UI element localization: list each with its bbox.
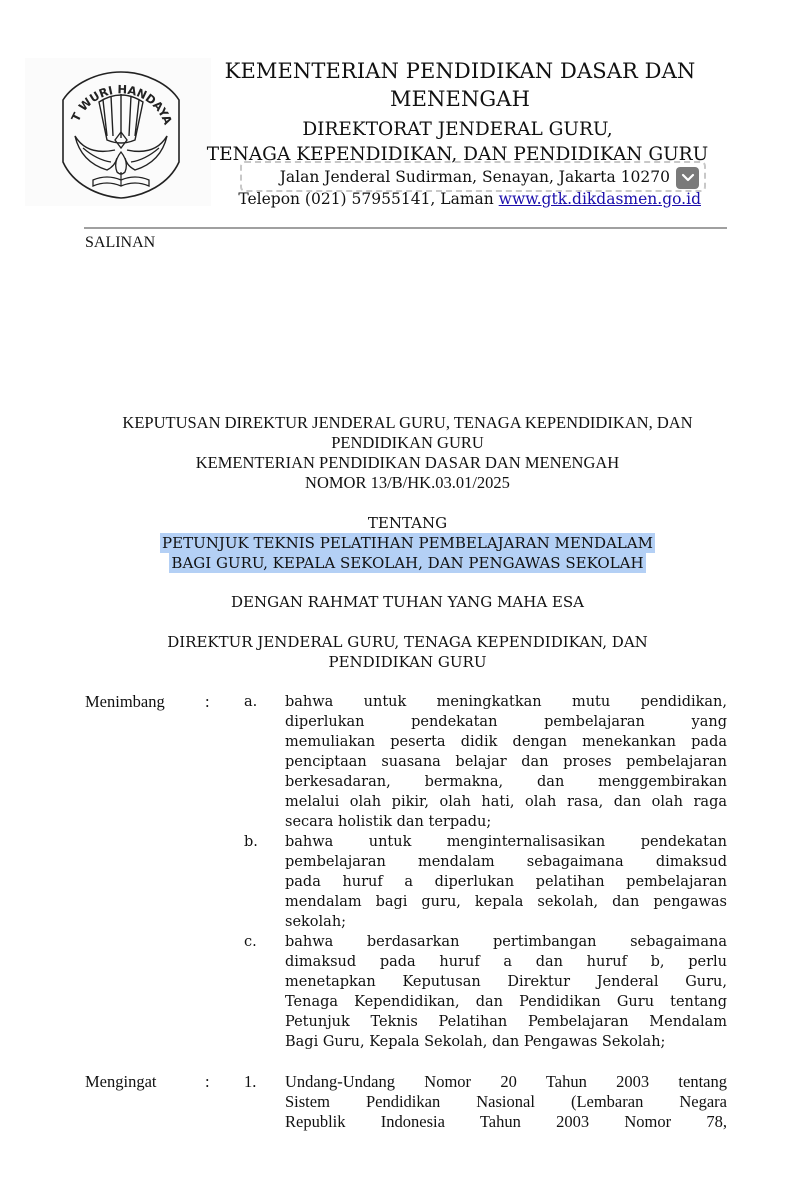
- subject-line-2-selected[interactable]: BAGI GURU, KEPALA SEKOLAH, DAN PENGAWAS …: [169, 553, 645, 573]
- text-line: bahwa untuk meningkatkan mutu pendidikan…: [285, 692, 727, 712]
- legal-basis-1: Undang-Undang Nomor 20 Tahun 2003 tentan…: [285, 1072, 727, 1132]
- item-a-marker: a.: [244, 692, 257, 712]
- chevron-down-icon: [681, 173, 695, 183]
- decree-title-line-1: KEPUTUSAN DIREKTUR JENDERAL GURU, TENAGA…: [80, 413, 735, 433]
- mengingat-label: Mengingat: [85, 1072, 157, 1092]
- text-line: penciptaan suasana belajar dan proses pe…: [285, 752, 727, 772]
- text-line: Bagi Guru, Kepala Sekolah, dan Pengawas …: [285, 1032, 727, 1052]
- address-text: Jalan Jenderal Sudirman, Senayan, Jakart…: [200, 166, 670, 188]
- text-line: Petunjuk Teknis Pelatihan Pembelajaran M…: [285, 1012, 727, 1032]
- issuing-official: DIREKTUR JENDERAL GURU, TENAGA KEPENDIDI…: [80, 632, 735, 672]
- contact-text: Telepon (021) 57955141, Laman: [238, 190, 498, 208]
- copy-stamp: SALINAN: [85, 233, 155, 253]
- text-line: Tenaga Kependidikan, dan Pendidikan Guru…: [285, 992, 727, 1012]
- text-line: bahwa berdasarkan pertimbangan sebagaima…: [285, 932, 727, 952]
- text-line: mendalam bagi guru, kepala sekolah, dan …: [285, 892, 727, 912]
- text-line: Republik Indonesia Tahun 2003 Nomor 78,: [285, 1112, 727, 1132]
- contact-line: Telepon (021) 57955141, Laman www.gtk.di…: [150, 188, 701, 210]
- text-line: menetapkan Keputusan Direktur Jenderal G…: [285, 972, 727, 992]
- text-line: memuliakan peserta didik dengan menekank…: [285, 732, 727, 752]
- item-c-marker: c.: [244, 932, 257, 952]
- consideration-c: bahwa berdasarkan pertimbangan sebagaima…: [285, 932, 727, 1052]
- text-line: Sistem Pendidikan Nasional (Lembaran Neg…: [285, 1092, 727, 1112]
- official-line-2: PENDIDIKAN GURU: [80, 652, 735, 672]
- consideration-b: bahwa untuk menginternalisasikan pendeka…: [285, 832, 727, 932]
- tut-wuri-handayani-emblem-icon: TUT WURI HANDAYANI: [57, 66, 185, 204]
- decree-title-line-2: PENDIDIKAN GURU: [80, 433, 735, 453]
- text-line: secara holistik dan terpadu;: [285, 812, 727, 832]
- letterhead-divider: [84, 227, 727, 229]
- directorate-line-1: DIREKTORAT JENDERAL GURU,: [190, 117, 725, 142]
- directorate-name: DIREKTORAT JENDERAL GURU, TENAGA KEPENDI…: [190, 117, 725, 167]
- item-1-marker: 1.: [244, 1072, 256, 1092]
- item-b-marker: b.: [244, 832, 258, 852]
- text-line: melalui olah pikir, olah hati, olah rasa…: [285, 792, 727, 812]
- official-line-1: DIREKTUR JENDERAL GURU, TENAGA KEPENDIDI…: [80, 632, 735, 652]
- about-label: TENTANG: [80, 513, 735, 533]
- ministry-name: KEMENTERIAN PENDIDIKAN DASAR DAN MENENGA…: [200, 57, 720, 113]
- subject-line-1-selected[interactable]: PETUNJUK TEKNIS PELATIHAN PEMBELAJARAN M…: [160, 533, 655, 553]
- svg-text:TUT WURI HANDAYANI: TUT WURI HANDAYANI: [57, 66, 175, 127]
- text-line: dimaksud pada huruf a dan huruf b, perlu: [285, 952, 727, 972]
- decree-title-line-3: KEMENTERIAN PENDIDIKAN DASAR DAN MENENGA…: [80, 453, 735, 473]
- text-line: pada huruf a diperlukan pelatihan pembel…: [285, 872, 727, 892]
- logo-area: TUT WURI HANDAYANI: [25, 58, 211, 206]
- decree-subject: TENTANG PETUNJUK TEKNIS PELATIHAN PEMBEL…: [80, 513, 735, 573]
- text-line: sekolah;: [285, 912, 727, 932]
- menimbang-label: Menimbang: [85, 692, 165, 712]
- consideration-a: bahwa untuk meningkatkan mutu pendidikan…: [285, 692, 727, 832]
- text-line: Undang-Undang Nomor 20 Tahun 2003 tentan…: [285, 1072, 727, 1092]
- website-link[interactable]: www.gtk.dikdasmen.go.id: [499, 190, 701, 208]
- address-dropdown-button[interactable]: [676, 167, 699, 189]
- ministry-line-2: MENENGAH: [200, 85, 720, 113]
- decree-number: NOMOR 13/B/HK.03.01/2025: [80, 473, 735, 493]
- text-line: diperlukan pendekatan pembelajaran yang: [285, 712, 727, 732]
- invocation: DENGAN RAHMAT TUHAN YANG MAHA ESA: [80, 592, 735, 612]
- text-line: pembelajaran mendalam sebagaimana dimaks…: [285, 852, 727, 872]
- menimbang-colon: :: [205, 692, 210, 712]
- logo-motto: TUT WURI HANDAYANI: [57, 66, 175, 127]
- mengingat-colon: :: [205, 1072, 210, 1092]
- text-line: berkesadaran, bermakna, dan menggembirak…: [285, 772, 727, 792]
- ministry-line-1: KEMENTERIAN PENDIDIKAN DASAR DAN: [200, 57, 720, 85]
- decree-title: KEPUTUSAN DIREKTUR JENDERAL GURU, TENAGA…: [80, 413, 735, 493]
- text-line: bahwa untuk menginternalisasikan pendeka…: [285, 832, 727, 852]
